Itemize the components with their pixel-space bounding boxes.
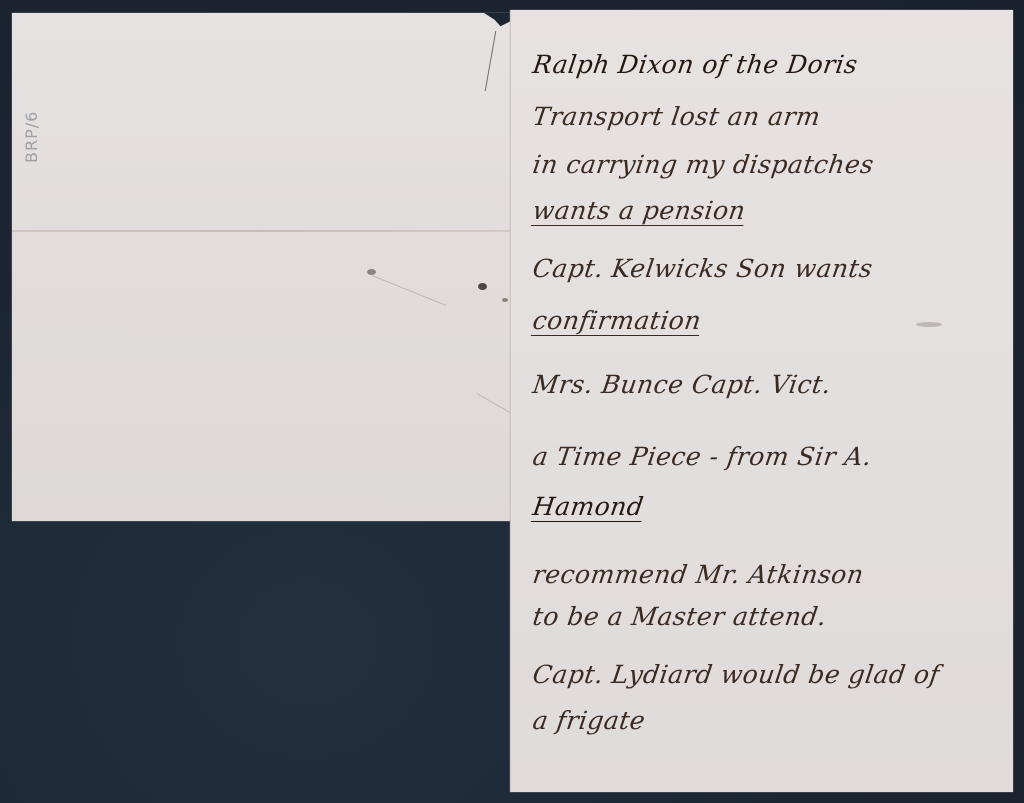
manuscript-line: in carrying my dispatches bbox=[531, 150, 876, 179]
ink-smudge bbox=[502, 298, 508, 302]
manuscript-line: Mrs. Bunce Capt. Vict. bbox=[531, 370, 833, 399]
paper-crack bbox=[485, 31, 511, 91]
manuscript-line: wants a pension bbox=[531, 196, 748, 225]
manuscript-line: Transport lost an arm bbox=[531, 102, 822, 131]
left-sheet: BRP/6 bbox=[12, 13, 510, 521]
manuscript-line: recommend Mr. Atkinson bbox=[531, 560, 866, 589]
manuscript-line: Capt. Kelwicks Son wants bbox=[531, 254, 875, 283]
manuscript-line: a Time Piece - from Sir A. bbox=[531, 442, 874, 471]
manuscript-line: confirmation bbox=[531, 306, 703, 335]
manuscript-line: to be a Master attend. bbox=[531, 602, 829, 631]
right-sheet: Ralph Dixon of the Doris Transport lost … bbox=[510, 10, 1013, 792]
manuscript-line: a frigate bbox=[531, 706, 647, 735]
manuscript-line: Ralph Dixon of the Doris bbox=[531, 50, 860, 79]
manuscript-line: Capt. Lydiard would be glad of bbox=[531, 660, 942, 689]
ink-streak bbox=[372, 275, 447, 306]
manuscript-line: Hamond bbox=[531, 492, 646, 521]
pencil-annotation: BRP/6 bbox=[22, 83, 41, 163]
fold-line bbox=[12, 230, 510, 232]
ink-smudge bbox=[916, 322, 942, 327]
ink-blot bbox=[478, 283, 487, 290]
